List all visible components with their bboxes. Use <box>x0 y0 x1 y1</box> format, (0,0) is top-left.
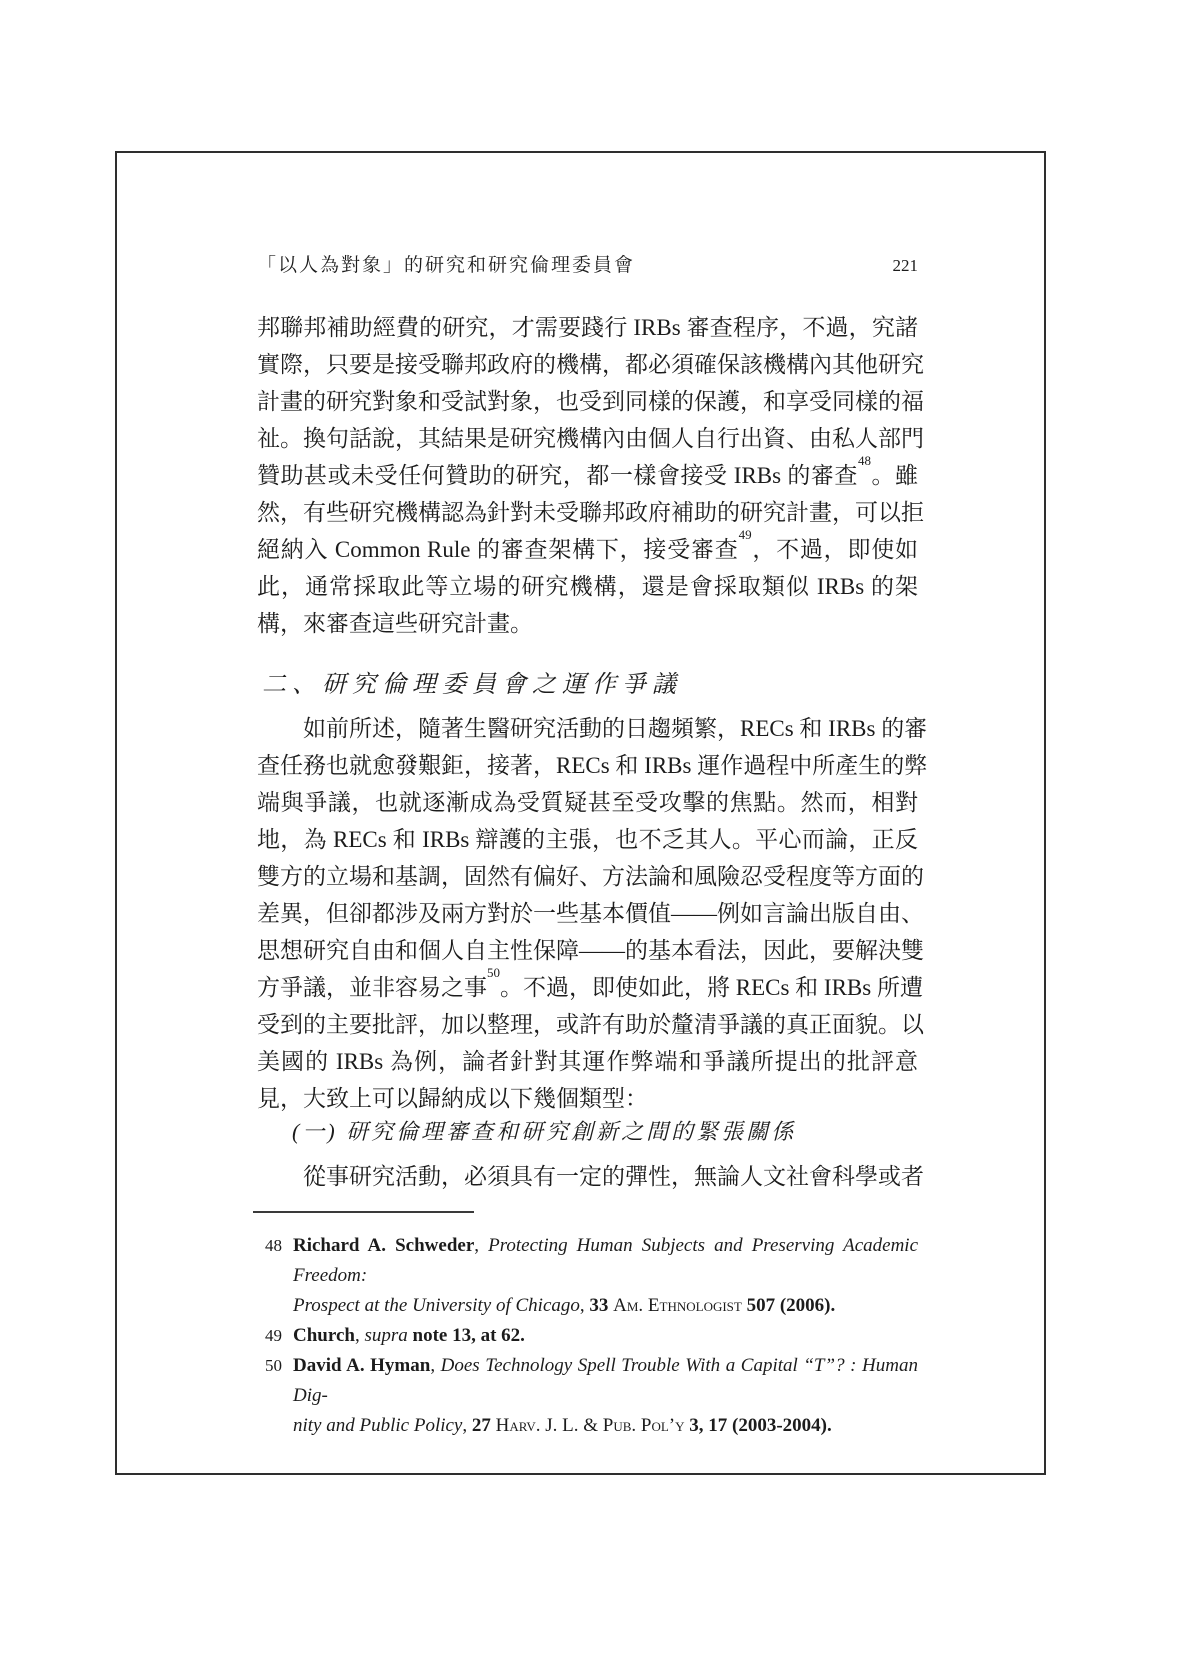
body-paragraph: 如前所述，隨著生醫研究活動的日趨頻繁，RECs 和 IRBs 的審查任務也就愈發… <box>257 710 918 1117</box>
footnote-separator-rule <box>253 1211 474 1213</box>
text-line: 地，為 RECs 和 IRBs 辯護的主張，也不乏其人。平心而論，正反 <box>257 821 918 858</box>
section-heading: 二、研究倫理委員會之運作爭議 <box>262 664 682 699</box>
text-line: 此，通常採取此等立場的研究機構，還是會採取類似 IRBs 的架 <box>257 568 918 605</box>
page-number: 221 <box>893 256 919 276</box>
body-paragraph: 邦聯邦補助經費的研究，才需要踐行 IRBs 審查程序，不過，究諸實際，只要是接受… <box>257 309 918 642</box>
text-line: 贊助甚或未受任何贊助的研究，都一樣會接受 IRBs 的審查48。雖 <box>257 457 918 494</box>
text-line: 思想研究自由和個人自主性保障——的基本看法，因此，要解決雙 <box>257 932 918 969</box>
footnote-line: Richard A. Schweder, Protecting Human Su… <box>293 1231 918 1291</box>
text-line: 邦聯邦補助經費的研究，才需要踐行 IRBs 審查程序，不過，究諸 <box>257 309 918 346</box>
document-page: 「以人為對象」的研究和研究倫理委員會 221 邦聯邦補助經費的研究，才需要踐行 … <box>0 0 1177 1664</box>
footnote-ref: 50 <box>487 965 500 980</box>
text-line: 實際，只要是接受聯邦政府的機構，都必須確保該機構內其他研究 <box>257 346 918 383</box>
footnote: 48Richard A. Schweder, Protecting Human … <box>265 1231 918 1321</box>
footnote-number: 50 <box>265 1351 293 1381</box>
footnote-ref: 49 <box>739 527 752 542</box>
text-line: 構，來審查這些研究計畫。 <box>257 605 918 642</box>
text-line: 絕納入 Common Rule 的審查架構下，接受審查49，不過，即使如 <box>257 531 918 568</box>
footnote-number: 49 <box>265 1321 293 1351</box>
footnote-text: Richard A. Schweder, Protecting Human Su… <box>293 1231 918 1321</box>
header-title: 「以人為對象」的研究和研究倫理委員會 <box>257 250 635 277</box>
text-line: 方爭議，並非容易之事50。不過，即使如此，將 RECs 和 IRBs 所遭 <box>257 969 918 1006</box>
text-line: 查任務也就愈發艱鉅，接著，RECs 和 IRBs 運作過程中所產生的弊 <box>257 747 918 784</box>
footnote-line: nity and Public Policy, 27 Harv. J. L. &… <box>293 1411 918 1441</box>
footnote-text: Church, supra note 13, at 62. <box>293 1321 918 1351</box>
text-line: 美國的 IRBs 為例，論者針對其運作弊端和爭議所提出的批評意 <box>257 1043 918 1080</box>
footnote-text: David A. Hyman, Does Technology Spell Tr… <box>293 1351 918 1441</box>
footnote-line: Prospect at the University of Chicago, 3… <box>293 1291 918 1321</box>
text-line: 受到的主要批評，加以整理，或許有助於釐清爭議的真正面貌。以 <box>257 1006 918 1043</box>
footnotes: 48Richard A. Schweder, Protecting Human … <box>265 1231 918 1441</box>
text-line: 見，大致上可以歸納成以下幾個類型： <box>257 1080 918 1117</box>
footnote-line: David A. Hyman, Does Technology Spell Tr… <box>293 1351 918 1411</box>
body-paragraph: 從事研究活動，必須具有一定的彈性，無論人文社會科學或者 <box>257 1158 918 1195</box>
text-line: 雙方的立場和基調，固然有偏好、方法論和風險忍受程度等方面的 <box>257 858 918 895</box>
text-line: 祉。換句話說，其結果是研究機構內由個人自行出資、由私人部門 <box>257 420 918 457</box>
running-header: 「以人為對象」的研究和研究倫理委員會 221 <box>257 250 918 277</box>
footnote-ref: 48 <box>858 453 871 468</box>
text-line: 計畫的研究對象和受試對象，也受到同樣的保護，和享受同樣的福 <box>257 383 918 420</box>
text-line: 從事研究活動，必須具有一定的彈性，無論人文社會科學或者 <box>257 1158 918 1195</box>
footnote: 50David A. Hyman, Does Technology Spell … <box>265 1351 918 1441</box>
footnote: 49Church, supra note 13, at 62. <box>265 1321 918 1351</box>
text-line: 差異，但卻都涉及兩方對於一些基本價值——例如言論出版自由、 <box>257 895 918 932</box>
text-line: 端與爭議，也就逐漸成為受質疑甚至受攻擊的焦點。然而，相對 <box>257 784 918 821</box>
footnote-number: 48 <box>265 1231 293 1261</box>
text-line: 然，有些研究機構認為針對未受聯邦政府補助的研究計畫，可以拒 <box>257 494 918 531</box>
subsection-heading: (一) 研究倫理審查和研究創新之間的緊張關係 <box>292 1115 796 1146</box>
text-line: 如前所述，隨著生醫研究活動的日趨頻繁，RECs 和 IRBs 的審 <box>257 710 918 747</box>
footnote-line: Church, supra note 13, at 62. <box>293 1321 918 1351</box>
